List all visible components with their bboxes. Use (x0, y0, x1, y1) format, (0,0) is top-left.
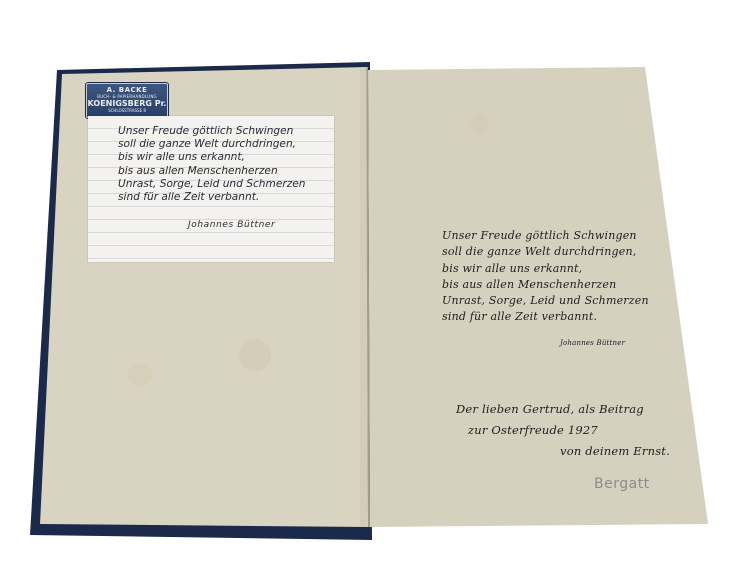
dedication: Der lieben Gertrud, als Beitrag zur Oste… (456, 399, 670, 462)
dedication-line: zur Osterfreude 1927 (456, 420, 670, 441)
bookseller-city: KOENIGSBERG Pr. (87, 99, 167, 108)
card-line: bis aus allen Menschenherzen (118, 165, 306, 178)
poem-line: Unser Freude göttlich Schwingen (442, 228, 649, 244)
handwritten-poem: Unser Freude göttlich Schwingen soll die… (442, 228, 649, 326)
open-book-photo: A. BACKE BUCH- & PAPIERHANDLUNG KOENIGSB… (0, 0, 750, 563)
poem-line: Unrast, Sorge, Leid und Schmerzen (442, 293, 649, 309)
poem-line: soll die ganze Welt durchdringen, (442, 244, 649, 260)
pencil-note: Bergatt (594, 476, 650, 492)
card-line: Unrast, Sorge, Leid und Schmerzen (118, 178, 306, 191)
index-card: Unser Freude göttlich Schwingen soll die… (88, 116, 334, 262)
bookseller-name: A. BACKE (87, 86, 167, 94)
poem-line: bis wir alle uns erkannt, (442, 261, 649, 277)
card-signature: Johannes Büttner (188, 220, 275, 230)
poem-line: sind für alle Zeit verbannt. (442, 309, 649, 325)
card-line: bis wir alle uns erkannt, (118, 151, 306, 164)
poem-line: bis aus allen Menschenherzen (442, 277, 649, 293)
bookseller-street: SCHLOSSTRASSE 8 (87, 108, 167, 113)
dedication-line: Der lieben Gertrud, als Beitrag (456, 399, 670, 420)
card-poem: Unser Freude göttlich Schwingen soll die… (118, 125, 306, 204)
card-line: Unser Freude göttlich Schwingen (118, 125, 306, 138)
card-line: soll die ganze Welt durchdringen, (118, 138, 306, 151)
dedication-line: von deinem Ernst. (456, 441, 670, 462)
handwritten-signature: Johannes Büttner (560, 335, 625, 351)
bookseller-label: A. BACKE BUCH- & PAPIERHANDLUNG KOENIGSB… (86, 83, 168, 118)
card-line: sind für alle Zeit verbannt. (118, 191, 306, 204)
